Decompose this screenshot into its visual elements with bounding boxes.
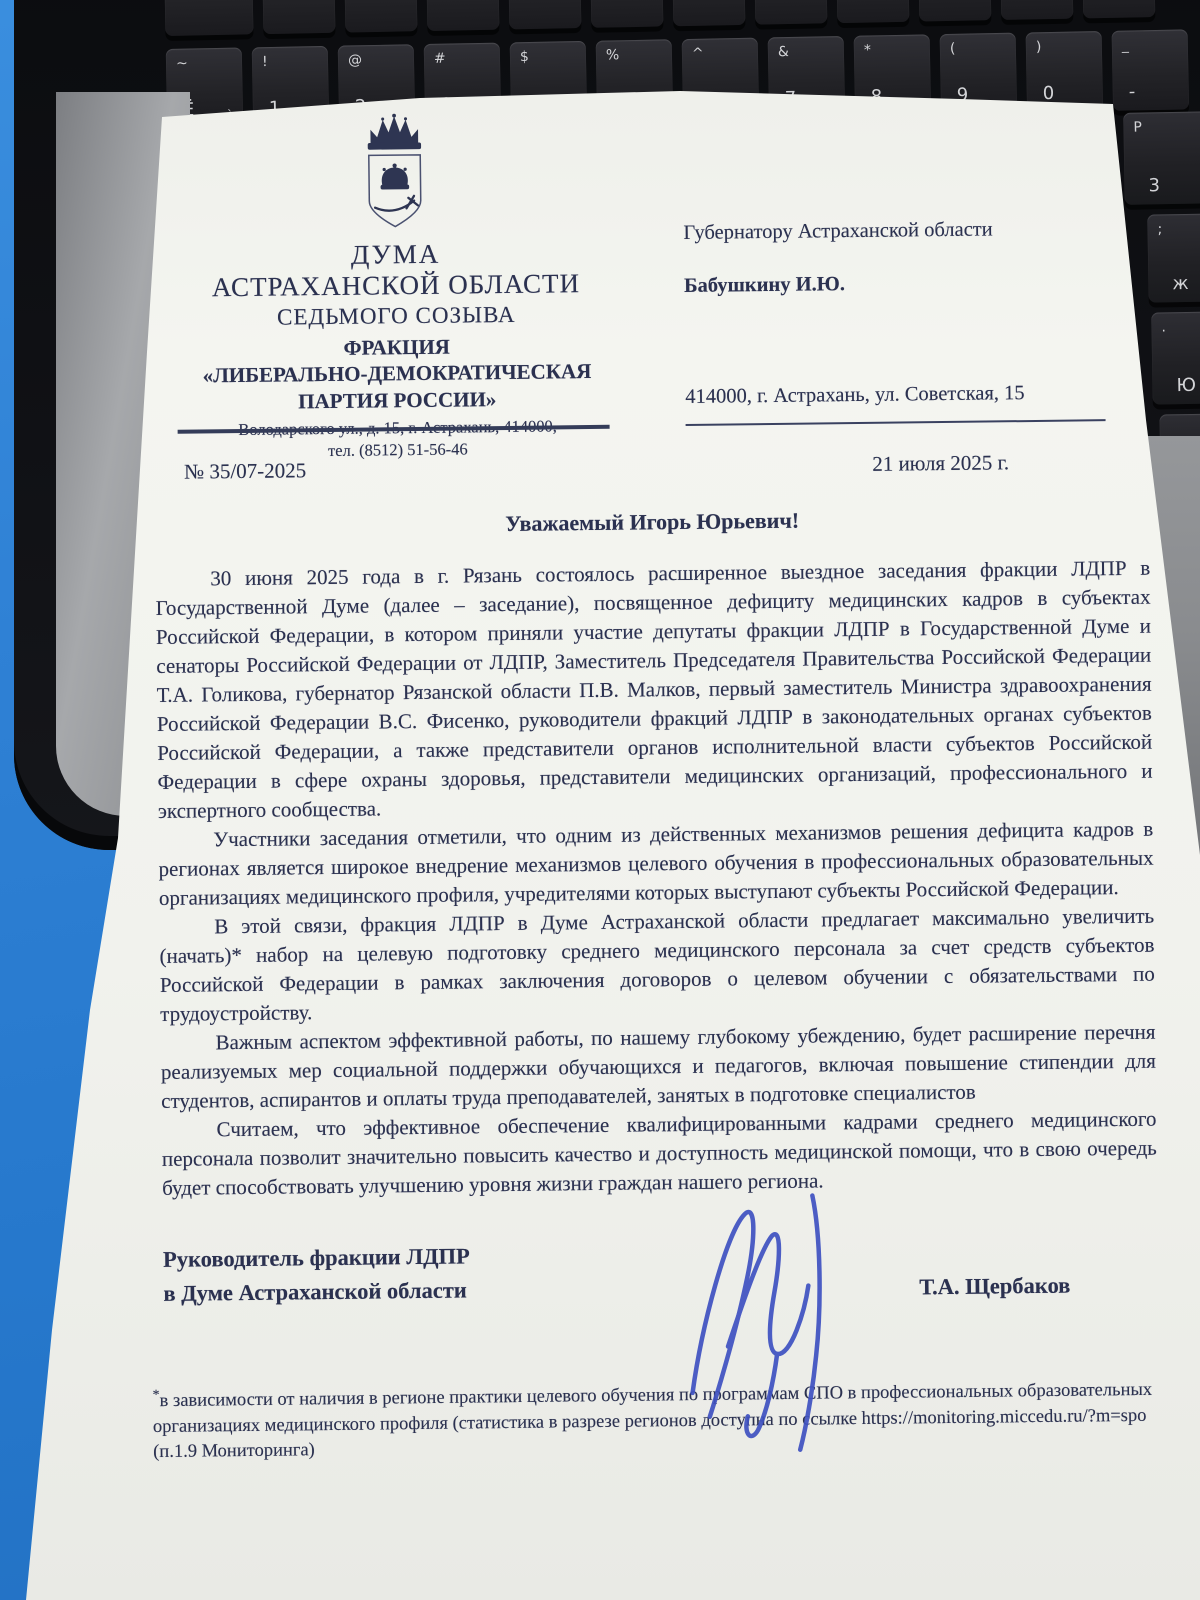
display-icon: □ bbox=[508, 0, 581, 29]
coat-of-arms-icon bbox=[348, 113, 441, 234]
esc-key-label: esc bbox=[178, 0, 205, 3]
key-0: )0 bbox=[1026, 31, 1104, 112]
signer-name: Т.А. Щербаков bbox=[919, 1273, 1070, 1303]
globe-icon: ⊕ bbox=[590, 0, 663, 28]
key-legend: $ bbox=[520, 49, 529, 65]
brightness-down-icon: ☼ bbox=[345, 0, 417, 3]
key-ж: ;ж bbox=[1147, 213, 1200, 302]
key-legend: % bbox=[606, 47, 620, 63]
letter-document: ДУМА АСТРАХАНСКОЙ ОБЛАСТИ СЕДЬМОГО СОЗЫВ… bbox=[150, 101, 1160, 1466]
signer-position-line: в Думе Астраханской области bbox=[163, 1273, 470, 1310]
key-legend: & bbox=[778, 44, 789, 60]
key-legend: ^ bbox=[692, 46, 704, 62]
next-track-icon: ▶▶ bbox=[836, 0, 909, 23]
key-legend: - bbox=[1129, 81, 1136, 102]
photo-scene: esc?☼☀□⊕◀◀▶‖▶▶ ~Ё`!1@2"#3№$4;%5^6:&7?*8(… bbox=[0, 0, 1200, 1600]
key-legend: ~ bbox=[176, 56, 188, 72]
key-legend: @ bbox=[348, 52, 362, 68]
letter-date: 21 июля 2025 г. bbox=[872, 450, 1009, 477]
letterhead: ДУМА АСТРАХАНСКОЙ ОБЛАСТИ СЕДЬМОГО СОЗЫВ… bbox=[150, 101, 1149, 434]
help-icon: ? bbox=[262, 0, 335, 34]
footnote-text: в зависимости от наличия в регионе практ… bbox=[153, 1380, 1152, 1462]
letterhead-rule-right bbox=[686, 419, 1106, 426]
salutation: Уважаемый Игорь Юрьевич! bbox=[155, 504, 1150, 541]
key-legend: 0 bbox=[1043, 83, 1055, 104]
org-fraction-line: «ЛИБЕРАЛЬНО-ДЕМОКРАТИЧЕСКАЯ bbox=[171, 358, 623, 390]
blank-key bbox=[1082, 0, 1155, 18]
signature-block: Руководитель фракции ЛДПР в Думе Астраха… bbox=[163, 1232, 1159, 1311]
paragraph: Важным аспектом эффективной работы, по н… bbox=[160, 1018, 1156, 1116]
key-legend: ; bbox=[1157, 221, 1162, 237]
blank-key bbox=[1000, 0, 1073, 20]
blank-key bbox=[918, 0, 991, 22]
help-icon: ? bbox=[263, 0, 335, 4]
key-legend: . bbox=[1161, 319, 1166, 335]
key-legend: Ю bbox=[1176, 375, 1196, 396]
org-name-line: СЕДЬМОГО СОЗЫВА bbox=[170, 301, 622, 332]
key-legend: # bbox=[434, 51, 446, 67]
paragraph: 30 июня 2025 года в г. Рязань состоялось… bbox=[155, 554, 1153, 826]
recipient-name: Бабушкину И.Ю. bbox=[684, 270, 1134, 298]
letter-body: 30 июня 2025 года в г. Рязань состоялось… bbox=[155, 554, 1157, 1203]
key-legend: P bbox=[1133, 120, 1142, 136]
keyboard-function-row: esc?☼☀□⊕◀◀▶‖▶▶ bbox=[164, 0, 1200, 36]
key-3: P3 bbox=[1123, 111, 1200, 205]
paragraph: Участники заседания отметили, что одним … bbox=[158, 815, 1154, 913]
key-Ю: .Ю bbox=[1151, 311, 1200, 404]
brightness-up-icon: ☀ bbox=[427, 0, 499, 1]
letterhead-org-block: ДУМА АСТРАХАНСКОЙ ОБЛАСТИ СЕДЬМОГО СОЗЫВ… bbox=[168, 107, 624, 464]
paragraph: Считаем, что эффективное обеспечение ква… bbox=[161, 1105, 1157, 1203]
key-legend: * bbox=[864, 42, 871, 58]
play-pause-icon: ▶‖ bbox=[754, 0, 827, 25]
brightness-down-icon: ☼ bbox=[344, 0, 417, 33]
footnote: *в зависимости от наличия в регионе прак… bbox=[152, 1372, 1158, 1466]
key--: _- bbox=[1112, 29, 1190, 110]
key-legend: _ bbox=[1122, 37, 1129, 53]
org-name-line: ДУМА bbox=[169, 237, 621, 273]
paragraph: В этой связи, фракция ЛДПР в Думе Астрах… bbox=[159, 902, 1155, 1029]
recipient-address: 414000, г. Астрахань, ул. Советская, 15 bbox=[685, 381, 1135, 409]
recipient-block: Губернатору Астраханской области Бабушки… bbox=[683, 217, 1135, 409]
esc-key: esc bbox=[164, 0, 253, 36]
prev-track-icon: ◀◀ bbox=[672, 0, 745, 26]
signer-position-line: Руководитель фракции ЛДПР bbox=[163, 1239, 470, 1276]
org-name-line: АСТРАХАНСКОЙ ОБЛАСТИ bbox=[170, 268, 622, 304]
org-fraction-line: ПАРТИЯ РОССИИ» bbox=[171, 385, 623, 417]
brightness-up-icon: ☀ bbox=[426, 0, 499, 31]
key-legend: 3 bbox=[1148, 175, 1160, 196]
key-legend: ! bbox=[262, 54, 268, 70]
signer-position: Руководитель фракции ЛДПР в Думе Астраха… bbox=[163, 1239, 471, 1310]
key-legend: ( bbox=[950, 41, 956, 57]
key-legend: ж bbox=[1172, 273, 1189, 294]
recipient-title: Губернатору Астраханской области bbox=[683, 217, 1133, 245]
key-legend: ) bbox=[1036, 39, 1042, 55]
letter-paper: ДУМА АСТРАХАНСКОЙ ОБЛАСТИ СЕДЬМОГО СОЗЫВ… bbox=[0, 0, 1200, 1600]
